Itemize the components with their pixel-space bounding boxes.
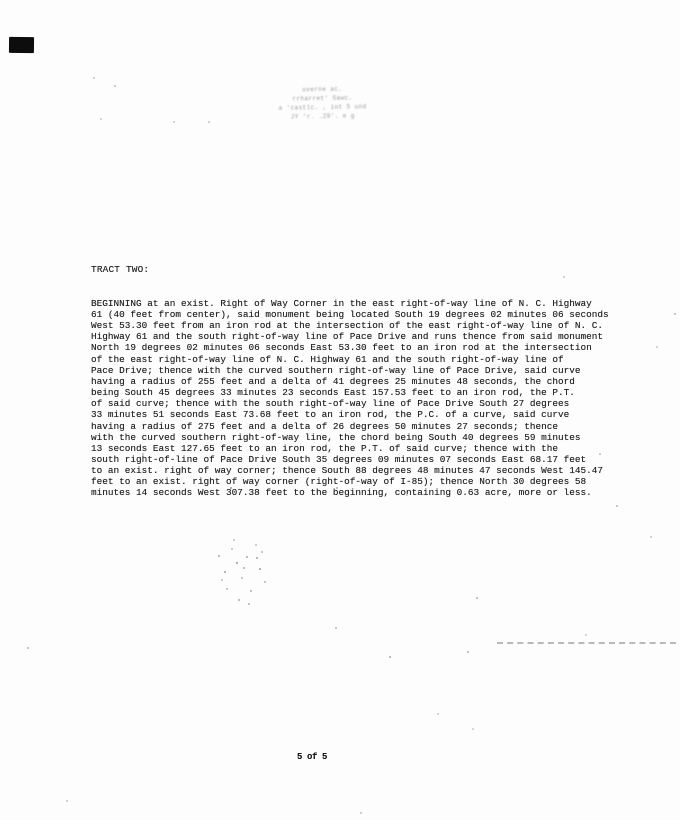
text-line: south right-of-line of Pace Drive South … xyxy=(91,454,636,465)
text-line: having a radius of 275 feet and a delta … xyxy=(91,421,636,432)
scan-noise xyxy=(0,0,2,2)
text-line: North 19 degrees 02 minutes 06 seconds E… xyxy=(91,342,636,353)
text-line: BEGINNING at an exist. Right of Way Corn… xyxy=(91,298,636,309)
text-line: of said curve; thence with the south rig… xyxy=(91,398,636,409)
text-line: 33 minutes 51 seconds East 73.68 feet to… xyxy=(91,409,636,420)
stamp-illegible: uverne ac.rrharret' Sawc.a 'castlc. , in… xyxy=(270,84,376,122)
text-line: to an exist. right of way corner; thence… xyxy=(91,465,636,476)
text-line: West 53.30 feet from an iron rod at the … xyxy=(91,320,636,331)
body-text: BEGINNING at an exist. Right of Way Corn… xyxy=(91,298,636,499)
text-line: feet to an exist. right of way corner (r… xyxy=(91,476,636,487)
text-line: Highway 61 and the south right-of-way li… xyxy=(91,331,636,342)
text-line: being South 45 degrees 33 minutes 23 sec… xyxy=(91,387,636,398)
text-line: of the east right-of-way line of N. C. H… xyxy=(91,354,636,365)
scan-artifact-bar xyxy=(9,37,34,53)
text-line: having a radius of 255 feet and a delta … xyxy=(91,376,636,387)
page-number: 5 of 5 xyxy=(297,752,327,762)
text-line: 61 (40 feet from center), said monument … xyxy=(91,309,636,320)
tract-heading: TRACT TWO: xyxy=(91,264,636,275)
dashed-scan-line xyxy=(497,642,676,644)
stamp-line: JY 'r. .29'. e g xyxy=(270,111,375,122)
text-line: minutes 14 seconds West 307.38 feet to t… xyxy=(91,487,636,498)
scanned-page: uverne ac.rrharret' Sawc.a 'castlc. , in… xyxy=(0,0,680,820)
text-line: with the curved southern right-of-way li… xyxy=(91,432,636,443)
text-line: 13 seconds East 127.65 feet to an iron r… xyxy=(91,443,636,454)
text-line: Pace Drive; thence with the curved south… xyxy=(91,365,636,376)
legal-description: TRACT TWO: BEGINNING at an exist. Right … xyxy=(91,242,636,521)
